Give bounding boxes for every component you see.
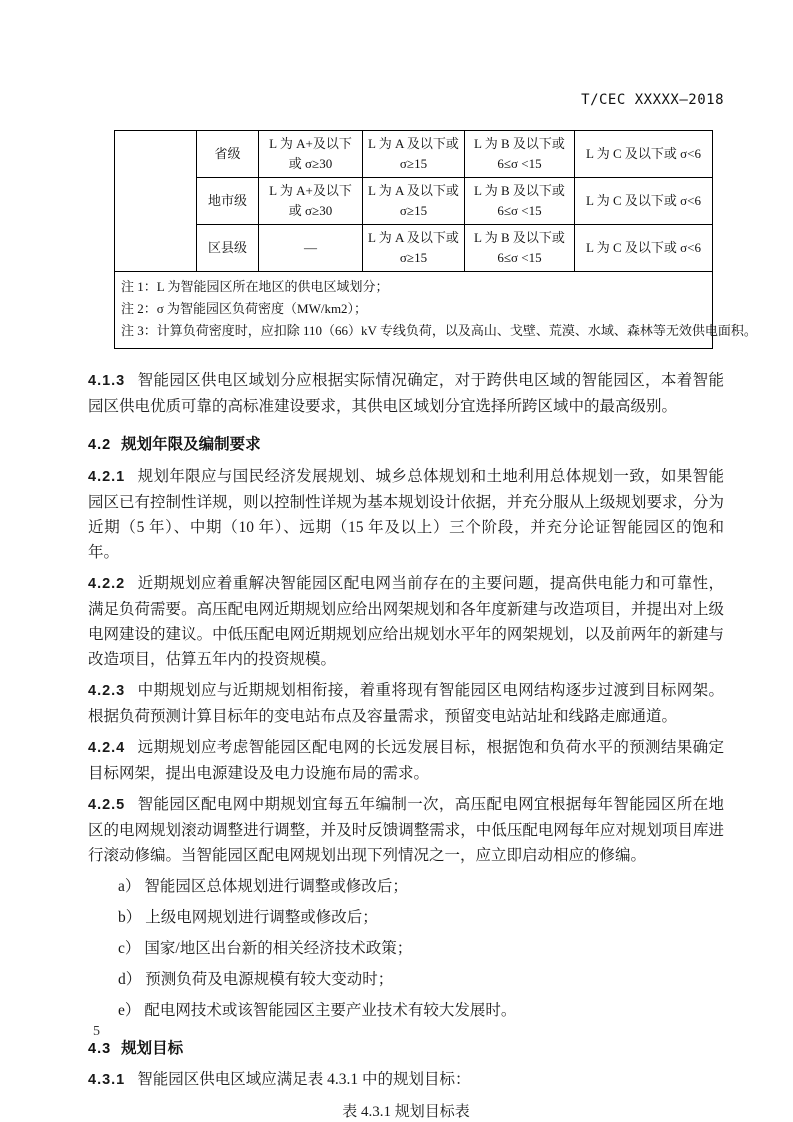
table-notes-row: 注 1：L 为智能园区所在地区的供电区域划分； 注 2：σ 为智能园区负荷密度（… xyxy=(115,272,713,349)
clause-number: 4.3 xyxy=(88,1041,111,1057)
clause-number: 4.2.3 xyxy=(88,683,125,699)
table-4-3-1-caption: 表 4.3.1 规划目标表 xyxy=(88,1100,724,1122)
list-marker: e） xyxy=(118,1002,140,1019)
section-heading-4-2: 4.2规划年限及编制要求 xyxy=(88,432,724,458)
table-note: 注 3：计算负荷密度时，应扣除 110（66）kV 专线负荷，以及高山、戈壁、荒… xyxy=(121,320,706,342)
list-marker: b） xyxy=(118,909,141,926)
table-cell: L 为 B 及以下或 6≤σ <15 xyxy=(465,178,575,225)
clause-text: 智能园区供电区域划分应根据实际情况确定，对于跨供电区域的智能园区，本着智能园区供… xyxy=(88,372,724,415)
table-row: 地市级 L 为 A+及以下 或 σ≥30 L 为 A 及以下或 σ≥15 L 为… xyxy=(115,178,713,225)
table-cell: — xyxy=(259,225,363,272)
list-marker: d） xyxy=(118,971,141,988)
list-text: 预测负荷及电源规模有较大变动时； xyxy=(145,971,393,988)
clause-text: 近期规划应着重解决智能园区配电网当前存在的主要问题，提高供电能力和可靠性，满足负… xyxy=(88,575,724,668)
list-text: 配电网技术或该智能园区主要产业技术有较大发展时。 xyxy=(144,1002,516,1019)
clause-number: 4.2.5 xyxy=(88,797,125,813)
list-marker: c） xyxy=(118,940,140,957)
table-cell: L 为 B 及以下或 6≤σ <15 xyxy=(465,131,575,178)
page-number: 5 xyxy=(93,1024,100,1040)
list-item-d: d）预测负荷及电源规模有较大变动时； xyxy=(88,967,724,992)
list-text: 智能园区总体规划进行调整或修改后； xyxy=(144,878,408,895)
clause-text: 中期规划应与近期规划相衔接，着重将现有智能园区电网结构逐步过渡到目标网架。根据负… xyxy=(88,682,724,725)
clause-text: 智能园区配电网中期规划宜每五年编制一次，高压配电网宜根据每年智能园区所在地区的电… xyxy=(88,796,724,864)
clause-text: 智能园区供电区域应满足表 4.3.1 中的规划目标： xyxy=(137,1071,470,1088)
clause-text: 远期规划应考虑智能园区配电网的长远发展目标，根据饱和负荷水平的预测结果确定目标网… xyxy=(88,739,724,782)
clause-4-3-1: 4.3.1智能园区供电区域应满足表 4.3.1 中的规划目标： xyxy=(88,1067,724,1093)
table-cell: L 为 C 及以下或 σ<6 xyxy=(575,225,713,272)
clause-number: 4.2.4 xyxy=(88,740,125,756)
table-cell: L 为 C 及以下或 σ<6 xyxy=(575,178,713,225)
document-page: T/CEC XXXXX—2018 省级 L 为 A+及以下 或 σ≥30 L 为… xyxy=(0,0,793,1122)
clause-text: 规划年限应与国民经济发展规划、城乡总体规划和土地利用总体规划一致，如果智能园区已… xyxy=(88,468,724,561)
clause-number: 4.2.1 xyxy=(88,469,125,485)
clause-number: 4.1.3 xyxy=(88,373,125,389)
table-cell-level: 地市级 xyxy=(197,178,259,225)
table-cell: L 为 A 及以下或 σ≥15 xyxy=(363,131,465,178)
list-marker: a） xyxy=(118,878,140,895)
clause-number: 4.2 xyxy=(88,437,111,453)
table-cell: L 为 A 及以下或 σ≥15 xyxy=(363,178,465,225)
table-cell: L 为 A 及以下或 σ≥15 xyxy=(363,225,465,272)
clause-number: 4.2.2 xyxy=(88,576,125,592)
table-cell: L 为 B 及以下或 6≤σ <15 xyxy=(465,225,575,272)
list-item-e: e）配电网技术或该智能园区主要产业技术有较大发展时。 xyxy=(88,998,724,1023)
clause-4-2-2: 4.2.2近期规划应着重解决智能园区配电网当前存在的主要问题，提高供电能力和可靠… xyxy=(88,571,724,672)
table-cell: L 为 C 及以下或 σ<6 xyxy=(575,131,713,178)
table-note: 注 1：L 为智能园区所在地区的供电区域划分； xyxy=(121,276,706,298)
clause-4-2-5: 4.2.5智能园区配电网中期规划宜每五年编制一次，高压配电网宜根据每年智能园区所… xyxy=(88,792,724,868)
section-heading-4-3: 4.3规划目标 xyxy=(88,1036,724,1062)
table-cell-level: 省级 xyxy=(197,131,259,178)
clause-4-2-1: 4.2.1规划年限应与国民经济发展规划、城乡总体规划和土地利用总体规划一致，如果… xyxy=(88,464,724,565)
table-cell-level: 区县级 xyxy=(197,225,259,272)
table-cell-empty xyxy=(115,131,197,272)
section-title: 规划年限及编制要求 xyxy=(121,436,261,453)
clause-4-2-4: 4.2.4远期规划应考虑智能园区配电网的长远发展目标，根据饱和负荷水平的预测结果… xyxy=(88,735,724,786)
page-content: 省级 L 为 A+及以下 或 σ≥30 L 为 A 及以下或 σ≥15 L 为 … xyxy=(88,130,724,1122)
clause-4-1-3: 4.1.3智能园区供电区域划分应根据实际情况确定，对于跨供电区域的智能园区，本着… xyxy=(88,368,724,419)
clause-number: 4.3.1 xyxy=(88,1072,125,1088)
table-notes-cell: 注 1：L 为智能园区所在地区的供电区域划分； 注 2：σ 为智能园区负荷密度（… xyxy=(115,272,713,349)
table-cell: L 为 A+及以下 或 σ≥30 xyxy=(259,131,363,178)
section-title: 规划目标 xyxy=(121,1040,183,1057)
table-note: 注 2：σ 为智能园区负荷密度（MW/km2）； xyxy=(121,298,706,320)
clause-4-2-3: 4.2.3中期规划应与近期规划相衔接，着重将现有智能园区电网结构逐步过渡到目标网… xyxy=(88,678,724,729)
list-text: 上级电网规划进行调整或修改后； xyxy=(145,909,378,926)
table-row: 省级 L 为 A+及以下 或 σ≥30 L 为 A 及以下或 σ≥15 L 为 … xyxy=(115,131,713,178)
list-item-a: a）智能园区总体规划进行调整或修改后； xyxy=(88,874,724,899)
table-cell: L 为 A+及以下 或 σ≥30 xyxy=(259,178,363,225)
list-text: 国家/地区出台新的相关经济技术政策； xyxy=(144,940,412,957)
table-row: 区县级 — L 为 A 及以下或 σ≥15 L 为 B 及以下或 6≤σ <15… xyxy=(115,225,713,272)
list-item-b: b）上级电网规划进行调整或修改后； xyxy=(88,905,724,930)
list-item-c: c）国家/地区出台新的相关经济技术政策； xyxy=(88,936,724,961)
standard-code-header: T/CEC XXXXX—2018 xyxy=(581,92,724,108)
supply-area-division-table: 省级 L 为 A+及以下 或 σ≥30 L 为 A 及以下或 σ≥15 L 为 … xyxy=(114,130,713,349)
